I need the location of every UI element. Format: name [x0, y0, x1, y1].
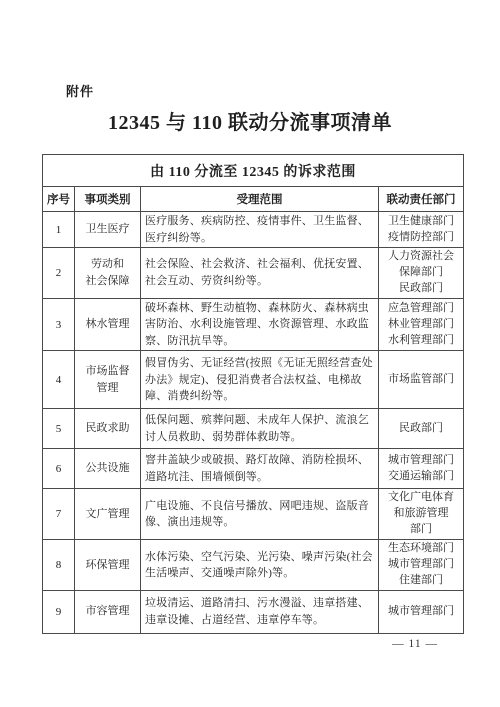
- row-number-cell: 4: [43, 351, 75, 409]
- scope-cell: 水体污染、空气污染、光污染、噪声污染(社会生活噪声、交通噪声除外)等。: [141, 540, 379, 591]
- table-span-header-row: 由 110 分流至 12345 的诉求范围: [43, 155, 464, 187]
- row-number-cell: 9: [43, 590, 75, 633]
- table-row: 5 民政求助 低保问题、殡葬问题、未成年人保护、流浪乞讨人员救助、弱势群体救助等…: [43, 409, 464, 449]
- category-cell: 市容管理: [75, 590, 141, 633]
- row-number-cell: 2: [43, 248, 75, 299]
- departments-cell: 城市管理部门: [379, 590, 464, 633]
- page-number: — 11 —: [392, 638, 438, 650]
- scope-cell: 窨井盖缺少或破损、路灯故障、消防栓损坏、道路坑洼、围墙倾倒等。: [141, 449, 379, 489]
- category-cell: 环保管理: [75, 540, 141, 591]
- category-cell: 公共设施: [75, 449, 141, 489]
- table-row: 1 卫生医疗 医疗服务、疾病防控、疫情事件、卫生监督、医疗纠纷等。 卫生健康部门…: [43, 212, 464, 248]
- departments-cell: 文化广电体育 和旅游管理 部门: [379, 489, 464, 540]
- column-header-category: 事项类别: [75, 187, 141, 212]
- column-header-no: 序号: [43, 187, 75, 212]
- claims-table: 由 110 分流至 12345 的诉求范围 序号 事项类别 受理范围 联动责任部…: [42, 154, 464, 634]
- table-row: 2 劳动和 社会保障 社会保险、社会救济、社会福利、优抚安置、社会互动、劳资纠纷…: [43, 248, 464, 299]
- attachment-label: 附件: [66, 81, 94, 100]
- scope-cell: 垃圾清运、道路清扫、污水漫溢、违章搭建、违章设摊、占道经营、违章停车等。: [141, 590, 379, 633]
- departments-cell: 市场监管部门: [379, 351, 464, 409]
- table-row: 8 环保管理 水体污染、空气污染、光污染、噪声污染(社会生活噪声、交通噪声除外)…: [43, 540, 464, 591]
- scope-cell: 医疗服务、疾病防控、疫情事件、卫生监督、医疗纠纷等。: [141, 212, 379, 248]
- table-row: 3 林水管理 破坏森林、野生动植物、森林防火、森林病虫害防治、水利设施管理、水资…: [43, 298, 464, 351]
- departments-cell: 应急管理部门 林业管理部门 水利管理部门: [379, 298, 464, 351]
- column-header-departments: 联动责任部门: [379, 187, 464, 212]
- departments-cell: 人力资源社会 保障部门 民政部门: [379, 248, 464, 299]
- scope-cell: 低保问题、殡葬问题、未成年人保护、流浪乞讨人员救助、弱势群体救助等。: [141, 409, 379, 449]
- scope-cell: 破坏森林、野生动植物、森林防火、森林病虫害防治、水利设施管理、水资源管理、水政监…: [141, 298, 379, 351]
- table-row: 9 市容管理 垃圾清运、道路清扫、污水漫溢、违章搭建、违章设摊、占道经营、违章停…: [43, 590, 464, 633]
- scope-cell: 社会保险、社会救济、社会福利、优抚安置、社会互动、劳资纠纷等。: [141, 248, 379, 299]
- row-number-cell: 7: [43, 489, 75, 540]
- scope-cell: 广电设施、不良信号播放、网吧违规、盗版音像、演出违规等。: [141, 489, 379, 540]
- departments-cell: 卫生健康部门 疫情防控部门: [379, 212, 464, 248]
- departments-cell: 民政部门: [379, 409, 464, 449]
- category-cell: 劳动和 社会保障: [75, 248, 141, 299]
- table-row: 7 文广管理 广电设施、不良信号播放、网吧违规、盗版音像、演出违规等。 文化广电…: [43, 489, 464, 540]
- document-page: 附件 12345 与 110 联动分流事项清单 由 110 分流至 12345 …: [0, 0, 500, 707]
- category-cell: 卫生医疗: [75, 212, 141, 248]
- row-number-cell: 5: [43, 409, 75, 449]
- page-title: 12345 与 110 联动分流事项清单: [0, 106, 500, 135]
- table-row: 6 公共设施 窨井盖缺少或破损、路灯故障、消防栓损坏、道路坑洼、围墙倾倒等。 城…: [43, 449, 464, 489]
- row-number-cell: 1: [43, 212, 75, 248]
- row-number-cell: 6: [43, 449, 75, 489]
- table-row: 4 市场监督 管理 假冒伪劣、无证经营(按照《无证无照经营查处办法》规定)、侵犯…: [43, 351, 464, 409]
- category-cell: 文广管理: [75, 489, 141, 540]
- departments-cell: 城市管理部门 交通运输部门: [379, 449, 464, 489]
- scope-cell: 假冒伪劣、无证经营(按照《无证无照经营查处办法》规定)、侵犯消费者合法权益、电梯…: [141, 351, 379, 409]
- category-cell: 民政求助: [75, 409, 141, 449]
- row-number-cell: 3: [43, 298, 75, 351]
- table-column-header-row: 序号 事项类别 受理范围 联动责任部门: [43, 187, 464, 212]
- category-cell: 市场监督 管理: [75, 351, 141, 409]
- departments-cell: 生态环境部门 城市管理部门 住建部门: [379, 540, 464, 591]
- column-header-scope: 受理范围: [141, 187, 379, 212]
- table-span-header: 由 110 分流至 12345 的诉求范围: [43, 155, 464, 187]
- row-number-cell: 8: [43, 540, 75, 591]
- category-cell: 林水管理: [75, 298, 141, 351]
